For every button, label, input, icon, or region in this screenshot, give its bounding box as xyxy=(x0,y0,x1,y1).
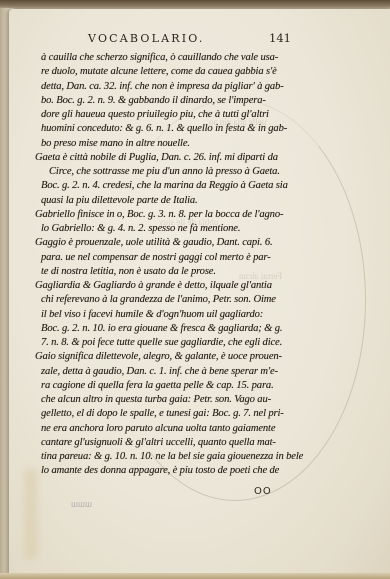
text-line: à cauilla che scherzo significa, ò cauil… xyxy=(41,51,306,65)
text-line: Circe, che sottrasse me piu d'un anno là… xyxy=(41,165,306,179)
text-line: chi referevano à la grandezza de l'animo… xyxy=(41,293,306,307)
signature-mark: OO xyxy=(254,486,272,497)
text-line: il bel viso i facevi humile & d'ogn'huom… xyxy=(41,308,306,322)
text-line: ne era anchora loro paruto alcuna uolta … xyxy=(41,422,306,436)
text-line: para. ue nel compensar de nostri gaggi c… xyxy=(41,251,306,265)
text-line: quasi la piu dilettevole parte de Italia… xyxy=(41,194,306,208)
entry-headword-line: Gaggio è prouenzale, uole utilità & gaud… xyxy=(35,236,306,250)
text-line: te di nostra letitia, non è usato da le … xyxy=(41,265,306,279)
text-line: lo amante des donna appagare, è piu tost… xyxy=(41,464,306,478)
text-line: cantare gl'usignuoli & gl'altri uccelli,… xyxy=(41,436,306,450)
book-page: uelle alla giu ao ubbia de lle siuy Ferr… xyxy=(9,9,390,575)
text-line: zale, detta à gaudio, Dan. c. 1. inf. ch… xyxy=(41,365,306,379)
text-line: Boc. g. 2. n. 10. io era giouane & fresc… xyxy=(41,322,306,336)
text-line: Boc. g. 2. n. 4. credesi, che la marina … xyxy=(41,179,306,193)
page-number: 141 xyxy=(269,31,291,45)
text-line: bo. Boc. g. 2. n. 9. & gabbando il dinar… xyxy=(41,94,306,108)
text-line: lo Gabriello: & g. 4. n. 2. spesso ne fà… xyxy=(41,222,306,236)
text-line: gelletto, el di dopo le spalle, e tunesi… xyxy=(41,407,306,421)
page-bottom-edge xyxy=(0,573,390,579)
entry-headword-line: Gabriello finisce in o, Boc. g. 3. n. 8.… xyxy=(35,208,306,222)
body-text: à cauilla che scherzo significa, ò cauil… xyxy=(41,51,306,479)
text-line: 7. n. 8. & poi fece tutte quelle sue gag… xyxy=(41,336,306,350)
entry-headword-line: Gaeta è città nobile di Puglia, Dan. c. … xyxy=(35,151,306,165)
text-line: ra cagione di quella fera la gaetta pell… xyxy=(41,379,306,393)
text-line: detta, Dan. ca. 32. inf. che non è impre… xyxy=(41,80,306,94)
text-line: bo preso mise mano in altre nouelle. xyxy=(41,137,306,151)
entry-headword-line: Gagliardia & Gagliardo à grande è detto,… xyxy=(35,279,306,293)
scanned-book-spread: uelle alla giu ao ubbia de lle siuy Ferr… xyxy=(0,0,390,579)
text-line: dore gli haueua questo priuilegio piu, c… xyxy=(41,108,306,122)
text-line: tina pareua: & g. 10. n. 10. ne la bel s… xyxy=(41,450,306,464)
ink-bleed-mark: ɯɯɯ xyxy=(71,499,92,509)
entry-headword-line: Gaio significa dilettevole, alegro, & ga… xyxy=(35,350,306,364)
text-line: che alcun altro in questa turba gaia: Pe… xyxy=(41,393,306,407)
text-line: re duolo, mutate alcune lettere, come da… xyxy=(41,65,306,79)
text-line: huomini conceduto: & g. 6. n. 1. & quell… xyxy=(41,122,306,136)
running-head: VOCABOLARIO. xyxy=(88,32,205,45)
